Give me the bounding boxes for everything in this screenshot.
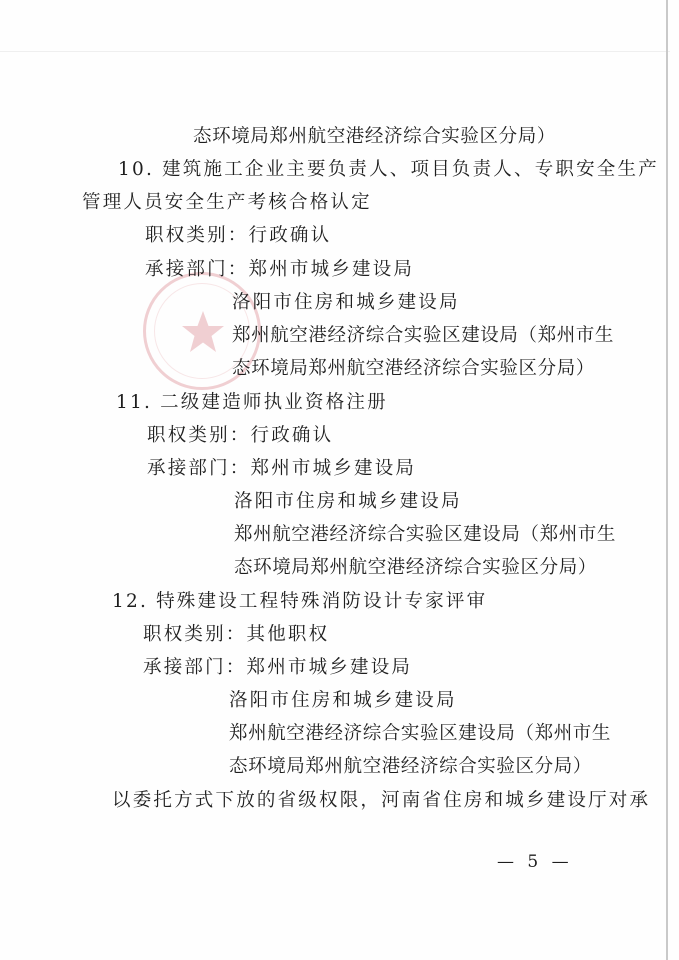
item-heading-12: 12. 特殊建设工程特殊消防设计专家评审 (112, 591, 487, 613)
department-line: 洛阳市住房和城乡建设局 (234, 491, 462, 513)
department-line: 洛阳市住房和城乡建设局 (232, 292, 460, 314)
text-line: 管理人员安全生产考核合格认定 (82, 192, 372, 214)
item-heading-10: 10. 建筑施工企业主要负责人、项目负责人、专职安全生产 (118, 159, 659, 181)
department-line: 态环境局郑州航空港经济综合实验区分局） (234, 557, 597, 579)
paragraph-line: 以委托方式下放的省级权限，河南省住房和城乡建设厅对承 (112, 790, 650, 812)
item-heading-11: 11. 二级建造师执业资格注册 (116, 392, 388, 414)
receiving-department: 承接部门：郑州市城乡建设局 (147, 458, 416, 480)
department-line: 郑州航空港经济综合实验区建设局（郑州市生 (229, 723, 611, 745)
seal-star-icon (180, 309, 226, 355)
text-line: 态环境局郑州航空港经济综合实验区分局） (193, 126, 556, 148)
page-edge-line (666, 0, 668, 960)
department-line: 态环境局郑州航空港经济综合实验区分局） (229, 756, 592, 778)
department-line: 郑州航空港经济综合实验区建设局（郑州市生 (232, 325, 614, 347)
department-line: 郑州航空港经济综合实验区建设局（郑州市生 (234, 524, 616, 546)
authority-category: 职权类别：行政确认 (145, 225, 331, 247)
department-line: 态环境局郑州航空港经济综合实验区分局） (232, 358, 595, 380)
scan-artifact-line (0, 51, 670, 52)
receiving-department: 承接部门：郑州市城乡建设局 (145, 259, 414, 281)
authority-category: 职权类别：行政确认 (147, 425, 333, 447)
department-line: 洛阳市住房和城乡建设局 (229, 690, 457, 712)
receiving-department: 承接部门：郑州市城乡建设局 (143, 657, 412, 679)
document-page: 态环境局郑州航空港经济综合实验区分局） 10. 建筑施工企业主要负责人、项目负责… (0, 0, 679, 960)
page-number: — 5 — (497, 852, 573, 872)
authority-category: 职权类别：其他职权 (143, 624, 329, 646)
